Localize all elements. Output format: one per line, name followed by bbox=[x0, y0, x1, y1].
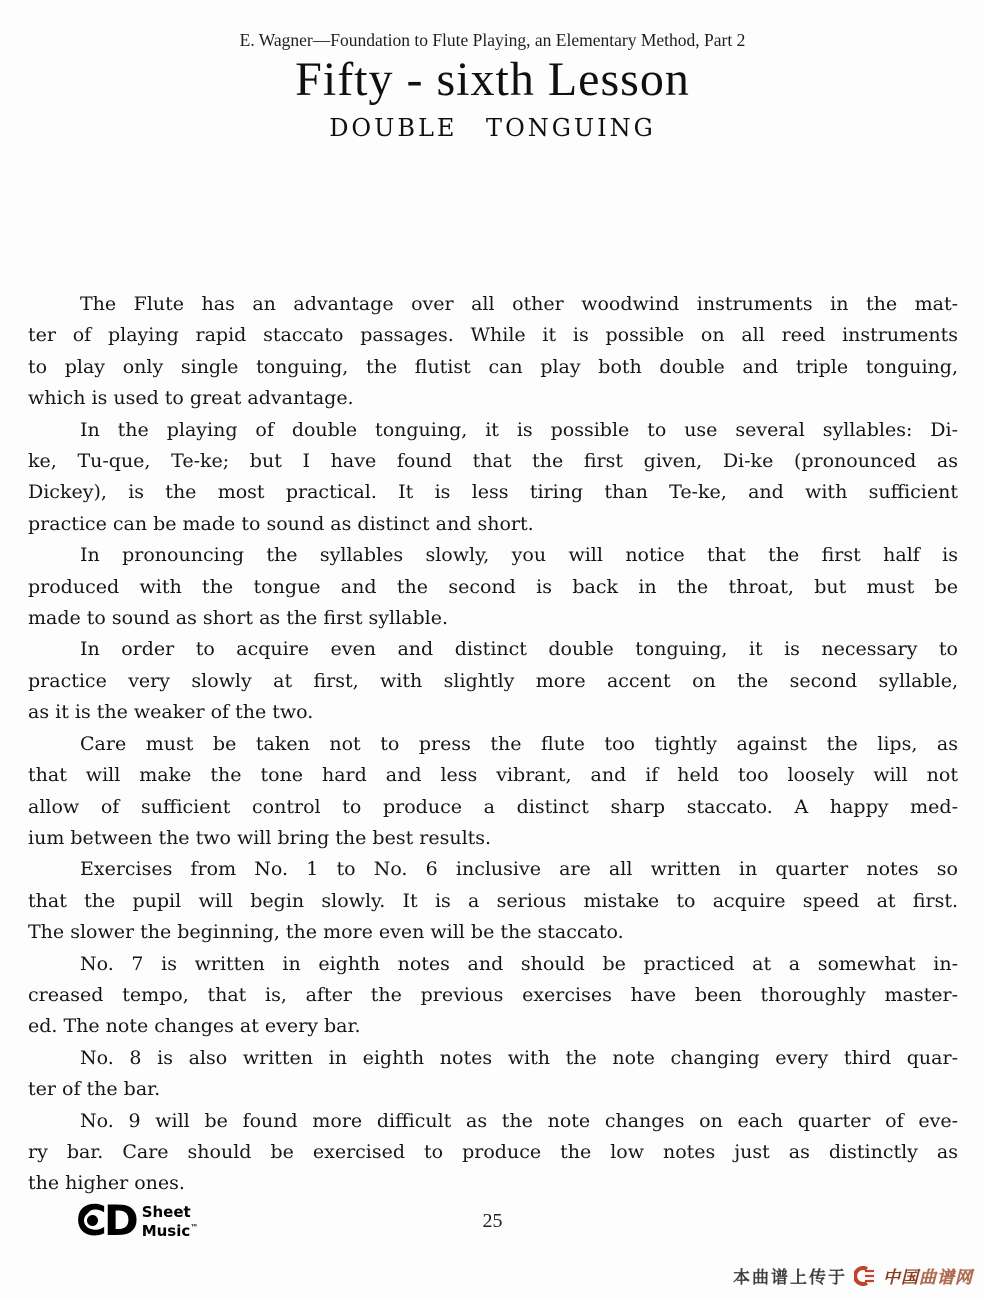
text-line: The slower the beginning, the more even … bbox=[28, 917, 958, 948]
text-line: Dickey), is the most practical. It is le… bbox=[28, 477, 958, 508]
text-line: which is used to great advantage. bbox=[28, 383, 958, 414]
text-line: made to sound as short as the first syll… bbox=[28, 603, 958, 634]
text-line: In the playing of double tonguing, it is… bbox=[28, 415, 958, 446]
text-line: creased tempo, that is, after the previo… bbox=[28, 980, 958, 1011]
text-line: No. 7 is written in eighth notes and sho… bbox=[28, 949, 958, 980]
lesson-title: Fifty - sixth Lesson bbox=[0, 52, 985, 107]
text-line: that the pupil will begin slowly. It is … bbox=[28, 886, 958, 917]
text-line: In order to acquire even and distinct do… bbox=[28, 634, 958, 665]
text-line: In pronouncing the syllables slowly, you… bbox=[28, 540, 958, 571]
watermark-prefix-text: 本曲谱上传于 bbox=[733, 1263, 847, 1288]
text-line: ry bar. Care should be exercised to prod… bbox=[28, 1137, 958, 1168]
text-line: ter of the bar. bbox=[28, 1074, 958, 1105]
qupu-site-icon bbox=[854, 1266, 876, 1286]
upload-watermark: 本曲谱上传于 中国曲谱网 bbox=[733, 1263, 973, 1288]
text-line: The Flute has an advantage over all othe… bbox=[28, 289, 958, 320]
text-line: to play only single tonguing, the flutis… bbox=[28, 352, 958, 383]
text-line: No. 8 is also written in eighth notes wi… bbox=[28, 1043, 958, 1074]
watermark-site-name: 中国曲谱网 bbox=[883, 1263, 973, 1288]
watermark-site-name-part2: 曲谱网 bbox=[919, 1268, 973, 1288]
text-line: ed. The note changes at every bar. bbox=[28, 1011, 958, 1042]
text-line: produced with the tongue and the second … bbox=[28, 572, 958, 603]
text-line: ium between the two will bring the best … bbox=[28, 823, 958, 854]
text-line: as it is the weaker of the two. bbox=[28, 697, 958, 728]
watermark-site-name-part1: 中国 bbox=[883, 1268, 919, 1288]
text-line: that will make the tone hard and less vi… bbox=[28, 760, 958, 791]
text-line: practice very slowly at first, with slig… bbox=[28, 666, 958, 697]
text-line: Care must be taken not to press the flut… bbox=[28, 729, 958, 760]
page-number: 25 bbox=[0, 1210, 985, 1233]
text-line: ke, Tu-que, Te-ke; but I have found that… bbox=[28, 446, 958, 477]
text-line: Exercises from No. 1 to No. 6 inclusive … bbox=[28, 854, 958, 885]
text-line: ter of playing rapid staccato passages. … bbox=[28, 320, 958, 351]
text-line: practice can be made to sound as distinc… bbox=[28, 509, 958, 540]
book-attribution: E. Wagner—Foundation to Flute Playing, a… bbox=[0, 30, 985, 51]
text-line: allow of sufficient control to produce a… bbox=[28, 792, 958, 823]
text-line: the higher ones. bbox=[28, 1168, 958, 1199]
body-text: The Flute has an advantage over all othe… bbox=[28, 289, 958, 1200]
lesson-subtitle: DOUBLE TONGUING bbox=[0, 114, 985, 142]
text-line: No. 9 will be found more difficult as th… bbox=[28, 1106, 958, 1137]
sheet-music-page: E. Wagner—Foundation to Flute Playing, a… bbox=[0, 0, 985, 1299]
